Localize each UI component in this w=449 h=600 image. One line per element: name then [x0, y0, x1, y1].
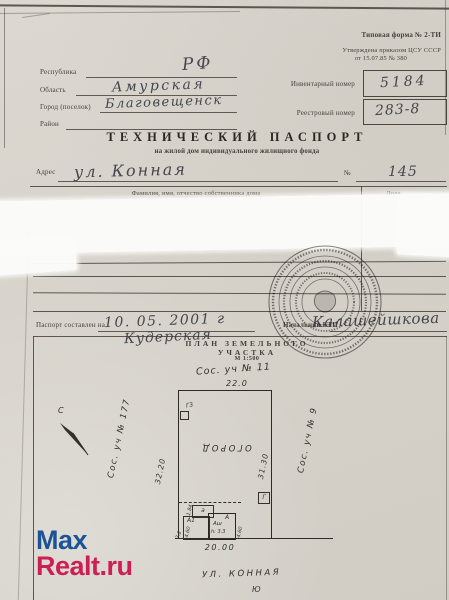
address-street-value: ул. Конная [74, 160, 187, 182]
city-value: Благовещенск [105, 93, 223, 112]
document-title: ТЕХНИЧЕСКИЙ ПАСПОРТ [106, 130, 367, 145]
shed-topleft [180, 411, 189, 420]
scanned-technical-passport: Типовая форма № 2-ТИ Утверждена приказом… [0, 0, 449, 600]
address-number-sign: № [344, 169, 351, 177]
building-a1-label: А1 [187, 517, 195, 524]
approved-by-line2: от 15.07.85 № 380 [355, 55, 407, 62]
watermark-line2: Realt.ru [36, 553, 133, 579]
registry-number-label: Реестровый номер [297, 109, 355, 117]
redaction-strip-right [396, 195, 449, 258]
compiled-label: Паспорт составлен на [36, 321, 105, 329]
table-row-line-1 [33, 261, 446, 264]
north-label: С [58, 406, 64, 415]
north-arrow-icon [52, 415, 98, 461]
garden-label: ОГОРОД [200, 442, 252, 452]
fold-line [18, 228, 29, 600]
document-subtitle: на жилой дом индивидуального жилищного ф… [155, 148, 320, 155]
city-underline [100, 112, 237, 113]
neighbor-left-label: Сос. уч № 177 [106, 398, 133, 480]
region-value: Амурская [112, 76, 206, 95]
shed-topleft-label: Г3 [185, 401, 193, 409]
address-label: Адрес [36, 168, 56, 176]
building-small-label: а [201, 507, 205, 514]
address-number-underline [356, 181, 446, 182]
building-a-label: А [225, 514, 229, 521]
shed-right: Г [258, 492, 270, 504]
plot-dim-bottom: 20.00 [205, 543, 235, 552]
plan-box-top [33, 336, 447, 337]
plot-dim-top: 22.0 [226, 379, 248, 388]
table-top-border [30, 186, 447, 187]
top-border-line [0, 4, 449, 9]
shed-right-label: Г [262, 494, 265, 501]
maxrealt-watermark: Max Realt.ru [36, 527, 133, 579]
plan-box-left [33, 336, 34, 600]
plan-box-right [446, 336, 447, 600]
building-height-note: h: 3.3 [211, 529, 225, 535]
south-label: Ю [252, 585, 261, 594]
republic-label: Республика [40, 68, 76, 76]
address-underline [58, 181, 338, 182]
top-border-line-2 [0, 11, 240, 14]
city-label: Город (поселок) [40, 103, 91, 111]
street-name-label: УЛ. КОННАЯ [202, 568, 282, 581]
table-row-line-2 [33, 276, 446, 277]
address-number-value: 145 [388, 164, 418, 180]
registry-number-value: 283-8 [375, 101, 421, 119]
watermark-line1: Max [36, 527, 133, 553]
plot-dim-left: 32.20 [153, 457, 167, 485]
region-label: Область [40, 86, 66, 94]
left-border-line [4, 8, 5, 148]
building-a-sub-label: Аш [213, 521, 222, 527]
yard-dashed-line [179, 502, 241, 503]
form-type-label: Типовая форма № 2-ТИ [361, 31, 441, 39]
republic-value: РФ [181, 53, 214, 75]
plan-title-line1: ПЛАН ЗЕМЕЛЬНОГО [185, 339, 308, 348]
inventory-number-label: Инвентарный номер [291, 80, 355, 88]
plan-scale: М 1:500 [235, 356, 260, 362]
neighbor-right-label: Сос. уч № 9 [296, 406, 320, 474]
redaction-strip-left [0, 237, 77, 276]
neighbor-top-label: Сос. уч № 11 [196, 361, 272, 377]
inventory-number-value: 5184 [380, 73, 428, 91]
table-row-line-3 [33, 292, 446, 294]
district-label: Район [40, 120, 59, 128]
approved-by-line1: Утверждена приказом ЦСУ СССР [342, 47, 441, 54]
